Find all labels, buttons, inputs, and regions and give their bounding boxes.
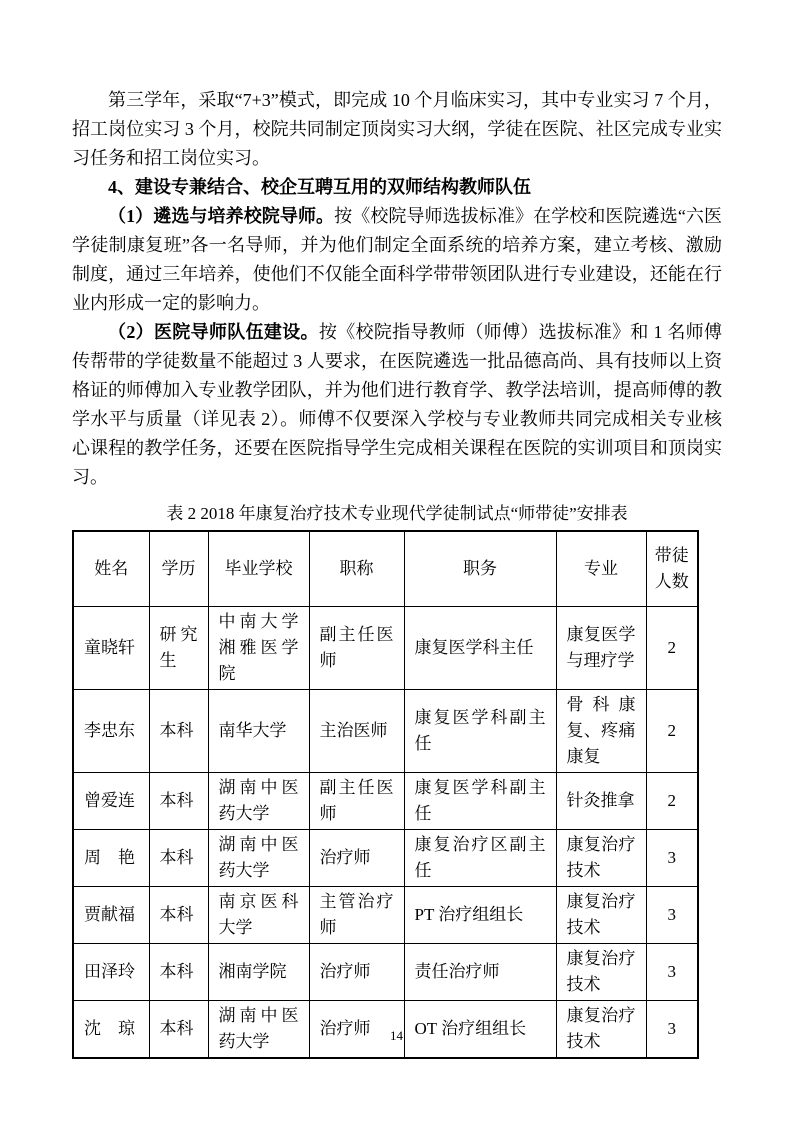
cell-apprentice-count: 2 bbox=[646, 607, 698, 690]
table-caption: 表 2 2018 年康复治疗技术专业现代学徒制试点“师带徒”安排表 bbox=[72, 502, 722, 526]
cell-position: 康复医学科副主任 bbox=[404, 690, 556, 773]
cell-name: 贾献福 bbox=[73, 887, 149, 944]
cell-school: 中南大学湘雅医学院 bbox=[208, 607, 309, 690]
cell-position: 康复医学科主任 bbox=[404, 607, 556, 690]
cell-specialty: 康复治疗技术 bbox=[556, 887, 646, 944]
table-row: 李忠东 本科 南华大学 主治医师 康复医学科副主任 骨科康复、疼痛康复 2 bbox=[73, 690, 698, 773]
cell-specialty: 康复治疗技术 bbox=[556, 830, 646, 887]
cell-title: 副主任医师 bbox=[309, 607, 404, 690]
cell-name: 田泽玲 bbox=[73, 944, 149, 1001]
cell-apprentice-count: 3 bbox=[646, 944, 698, 1001]
table-row: 周 艳 本科 湖南中医药大学 治疗师 康复治疗区副主任 康复治疗技术 3 bbox=[73, 830, 698, 887]
table-row: 贾献福 本科 南京医科大学 主管治疗师 PT 治疗组组长 康复治疗技术 3 bbox=[73, 887, 698, 944]
cell-education: 本科 bbox=[149, 690, 208, 773]
cell-apprentice-count: 2 bbox=[646, 773, 698, 830]
cell-title: 治疗师 bbox=[309, 830, 404, 887]
cell-position: 康复医学科副主任 bbox=[404, 773, 556, 830]
cell-school: 湖南中医药大学 bbox=[208, 830, 309, 887]
document-page: 第三学年，采取“7+3”模式，即完成 10 个月临床实习，其中专业实习 7 个月… bbox=[0, 0, 793, 1122]
cell-name: 童晓轩 bbox=[73, 607, 149, 690]
cell-name: 周 艳 bbox=[73, 830, 149, 887]
mentor-arrangement-table: 姓名 学历 毕业学校 职称 职务 专业 带徒人数 童晓轩 研究生 中南大学湘雅医… bbox=[72, 530, 699, 1059]
cell-position: 康复治疗区副主任 bbox=[404, 830, 556, 887]
cell-education: 本科 bbox=[149, 944, 208, 1001]
column-header-specialty: 专业 bbox=[556, 531, 646, 607]
cell-specialty: 康复治疗技术 bbox=[556, 944, 646, 1001]
cell-position: PT 治疗组组长 bbox=[404, 887, 556, 944]
cell-title: 主治医师 bbox=[309, 690, 404, 773]
column-header-education: 学历 bbox=[149, 531, 208, 607]
column-header-title: 职称 bbox=[309, 531, 404, 607]
cell-education: 本科 bbox=[149, 830, 208, 887]
cell-apprentice-count: 2 bbox=[646, 690, 698, 773]
column-header-apprentice-count: 带徒人数 bbox=[646, 531, 698, 607]
cell-school: 湘南学院 bbox=[208, 944, 309, 1001]
column-header-school: 毕业学校 bbox=[208, 531, 309, 607]
column-header-name: 姓名 bbox=[73, 531, 149, 607]
cell-education: 本科 bbox=[149, 773, 208, 830]
cell-education: 本科 bbox=[149, 887, 208, 944]
paragraph-1-lead-bold: （1）遴选与培养校院导师。 bbox=[108, 206, 334, 226]
cell-specialty: 针灸推拿 bbox=[556, 773, 646, 830]
cell-name: 李忠东 bbox=[73, 690, 149, 773]
cell-apprentice-count: 3 bbox=[646, 830, 698, 887]
column-header-position: 职务 bbox=[404, 531, 556, 607]
paragraph-1-mentor-selection: （1）遴选与培养校院导师。按《校院导师选拔标准》在学校和医院遴选“六医学徒制康复… bbox=[72, 202, 722, 318]
cell-title: 治疗师 bbox=[309, 944, 404, 1001]
cell-apprentice-count: 3 bbox=[646, 887, 698, 944]
paragraph-2-hospital-mentors: （2）医院导师队伍建设。按《校院指导教师（师傅）选拔标准》和 1 名师傅传帮带的… bbox=[72, 318, 722, 492]
paragraph-2-lead-bold: （2）医院导师队伍建设。 bbox=[108, 322, 319, 342]
table-row: 田泽玲 本科 湘南学院 治疗师 责任治疗师 康复治疗技术 3 bbox=[73, 944, 698, 1001]
paragraph-2-body: 按《校院指导教师（师傅）选拔标准》和 1 名师傅传帮带的学徒数量不能超过 3 人… bbox=[72, 322, 722, 487]
page-number: 14 bbox=[0, 1028, 793, 1044]
cell-position: 责任治疗师 bbox=[404, 944, 556, 1001]
cell-school: 南华大学 bbox=[208, 690, 309, 773]
cell-name: 曾爱连 bbox=[73, 773, 149, 830]
cell-specialty: 康复医学与理疗学 bbox=[556, 607, 646, 690]
page-content: 第三学年，采取“7+3”模式，即完成 10 个月临床实习，其中专业实习 7 个月… bbox=[72, 86, 722, 1059]
cell-education: 研究生 bbox=[149, 607, 208, 690]
cell-school: 南京医科大学 bbox=[208, 887, 309, 944]
cell-title: 副主任医师 bbox=[309, 773, 404, 830]
cell-school: 湖南中医药大学 bbox=[208, 773, 309, 830]
cell-specialty: 骨科康复、疼痛康复 bbox=[556, 690, 646, 773]
table-row: 童晓轩 研究生 中南大学湘雅医学院 副主任医师 康复医学科主任 康复医学与理疗学… bbox=[73, 607, 698, 690]
table-row: 曾爱连 本科 湖南中医药大学 副主任医师 康复医学科副主任 针灸推拿 2 bbox=[73, 773, 698, 830]
section-heading-4: 4、建设专兼结合、校企互聘互用的双师结构教师队伍 bbox=[72, 173, 722, 202]
paragraph-third-year: 第三学年，采取“7+3”模式，即完成 10 个月临床实习，其中专业实习 7 个月… bbox=[72, 86, 722, 173]
cell-title: 主管治疗师 bbox=[309, 887, 404, 944]
table-header-row: 姓名 学历 毕业学校 职称 职务 专业 带徒人数 bbox=[73, 531, 698, 607]
